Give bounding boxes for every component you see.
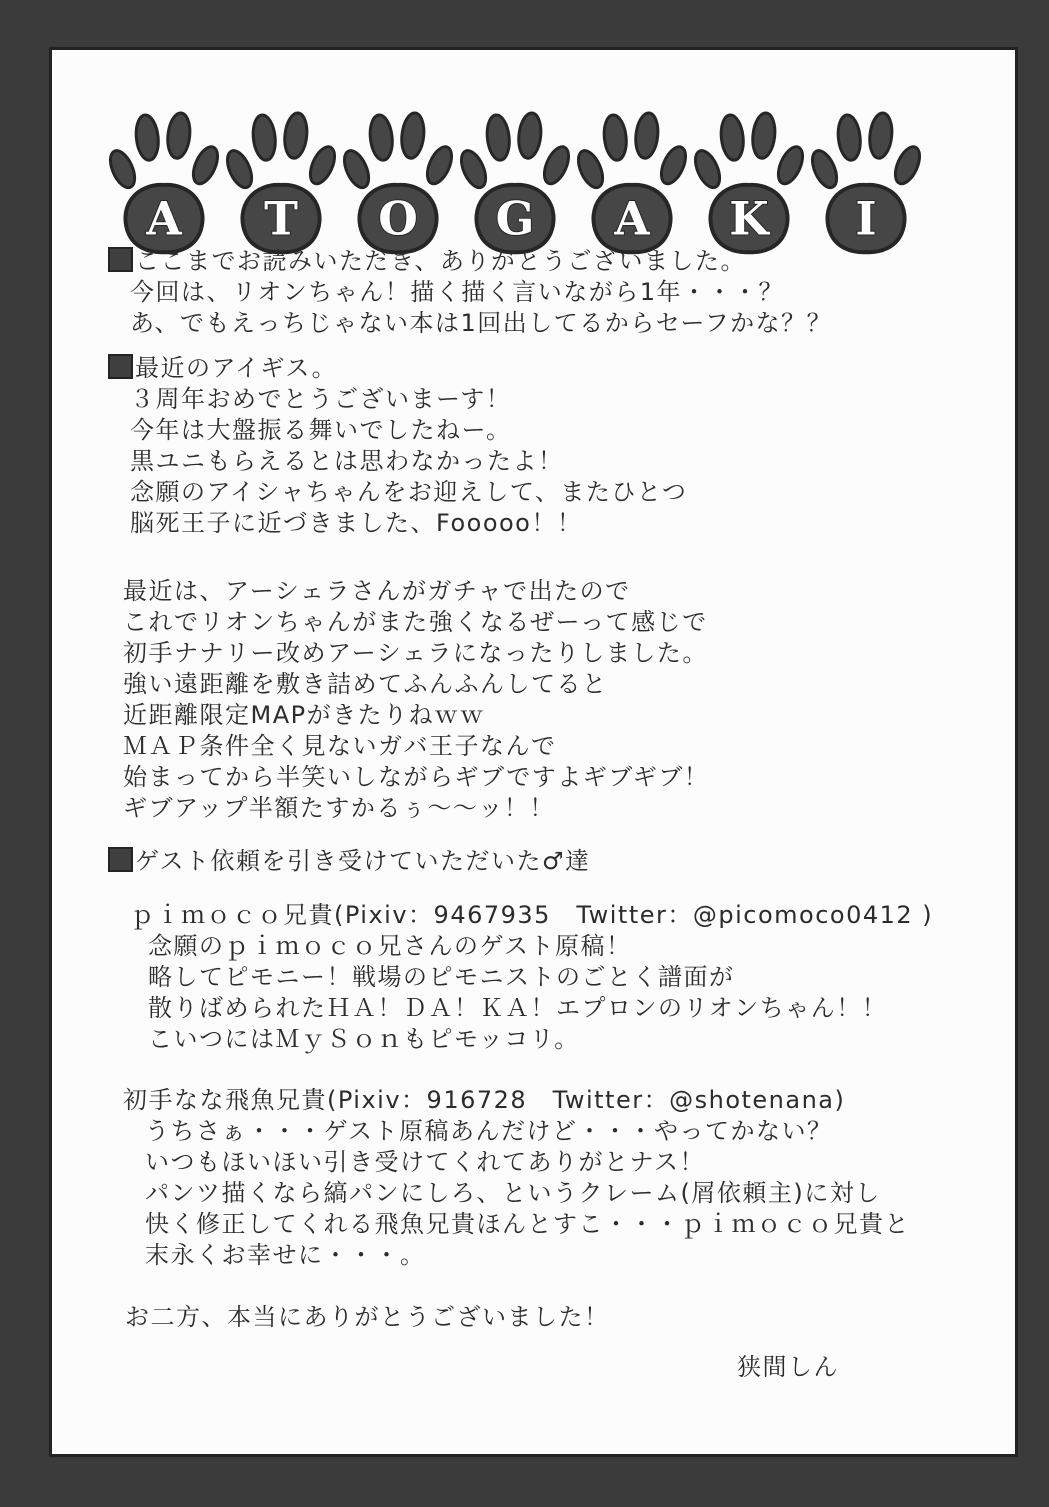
text-line: ギブアップ半額たすかるぅ～～ッ！！ xyxy=(123,793,709,824)
text-line: 今年は大盤振る舞いでしたねー。 xyxy=(130,415,687,446)
text-line: 近距離限定MAPがきたりねｗｗ xyxy=(123,700,709,731)
paw-letter: O xyxy=(378,191,418,245)
section-marker-square xyxy=(108,247,133,272)
text-line: 始まってから半笑いしながらギブですよギブギブ！ xyxy=(123,762,709,793)
paw-print-letter-a: A xyxy=(108,104,221,260)
section-guest-pimoco: ｐｉｍｏｃｏ兄貴(Pixiv：9467935 Twitter：@picomoco… xyxy=(130,900,933,1055)
text-line: うちさぁ・・・ゲスト原稿あんだけど・・・やってかない？ xyxy=(145,1116,910,1147)
text-line: これでリオンちゃんがまた強くなるぜーって感じで xyxy=(123,607,709,638)
paw-letter: I xyxy=(855,191,876,245)
paw-letter: G xyxy=(496,191,535,245)
scanned-afterword-page: { "page": { "colors": { "border": "#3b3b… xyxy=(0,0,1049,1507)
guest-name-line: 初手なな飛魚兄貴(Pixiv：916728 Twitter：@shotenana… xyxy=(123,1085,910,1116)
paw-print-letter-o: O xyxy=(342,104,455,260)
text-line: いつもほいほい引き受けてくれてありがとナス！ xyxy=(145,1147,910,1178)
text-line: 最近は、アーシェラさんがガチャで出たので xyxy=(123,576,709,607)
author-signature: 狭間しん xyxy=(737,1352,839,1383)
text-line-content: 最近のアイギス。 xyxy=(135,354,337,382)
text-line: 念願のアイシャちゃんをお迎えして、またひとつ xyxy=(130,477,687,508)
section-guest-tobiuo: 初手なな飛魚兄貴(Pixiv：916728 Twitter：@shotenana… xyxy=(123,1085,910,1271)
atogaki-title: A T O G xyxy=(108,104,923,260)
paw-letter: K xyxy=(729,191,770,245)
text-line: お二方、本当にありがとうございました！ xyxy=(125,1302,610,1333)
paw-print-letter-a2: A xyxy=(576,104,689,260)
section-thanks-intro: ここまでお読みいただき、ありがとうございました。 今回は、リオンちゃん！描く描く… xyxy=(108,246,832,339)
section-marker-square xyxy=(108,847,133,872)
section-closing: お二方、本当にありがとうございました！ xyxy=(125,1302,610,1333)
text-line-content: ここまでお読みいただき、ありがとうございました。 xyxy=(135,247,746,275)
paw-print-letter-k: K xyxy=(693,104,806,260)
paw-letter: A xyxy=(145,191,182,245)
paw-letter: T xyxy=(264,191,298,245)
text-line: ゲスト依頼を引き受けていただいた♂達 xyxy=(108,846,591,877)
text-line: 脳死王子に近づきました、Fooooo！！ xyxy=(130,508,687,539)
text-line: 末永くお幸せに・・・。 xyxy=(145,1240,910,1271)
text-line: 快く修正してくれる飛魚兄貴ほんとすこ・・・ｐｉｍｏｃｏ兄貴と xyxy=(145,1209,910,1240)
guest-name-line: ｐｉｍｏｃｏ兄貴(Pixiv：9467935 Twitter：@picomoco… xyxy=(130,900,933,931)
text-line: パンツ描くなら縞パンにしろ、というクレーム(屑依頼主)に対し xyxy=(145,1178,910,1209)
paw-letter: A xyxy=(613,191,650,245)
section-aigis-story: 最近は、アーシェラさんがガチャで出たので これでリオンちゃんがまた強くなるぜーっ… xyxy=(123,576,709,824)
section-aigis-recent: 最近のアイギス。 ３周年おめでとうございまーす！ 今年は大盤振る舞いでしたねー。… xyxy=(108,353,687,539)
text-line: 念願のｐｉｍｏｃｏ兄さんのゲスト原稿！ xyxy=(148,931,933,962)
text-line-content: ゲスト依頼を引き受けていただいた♂達 xyxy=(135,847,591,875)
signature-text: 狭間しん xyxy=(737,1352,839,1383)
paw-print-letter-g: G xyxy=(459,104,572,260)
section-marker-square xyxy=(108,354,133,379)
text-line: こいつにはＭｙＳｏｎもピモッコリ。 xyxy=(148,1024,933,1055)
text-line: 散りばめられたＨＡ！ＤＡ！ＫＡ！エプロンのリオンちゃん！！ xyxy=(148,993,933,1024)
text-line: あ、でもえっちじゃない本は1回出してるからセーフかな？？ xyxy=(130,308,832,339)
text-line: 略してピモニー！戦場のピモニストのごとく譜面が xyxy=(148,962,933,993)
paw-print-letter-i: I xyxy=(810,104,923,260)
text-line: 強い遠距離を敷き詰めてふんふんしてると xyxy=(123,669,709,700)
paw-print-letter-t: T xyxy=(225,104,338,260)
text-line: ここまでお読みいただき、ありがとうございました。 xyxy=(108,246,832,277)
section-guest-heading: ゲスト依頼を引き受けていただいた♂達 xyxy=(108,846,591,877)
text-line: 今回は、リオンちゃん！描く描く言いながら1年・・・？ xyxy=(130,277,832,308)
paper-page: A T O G xyxy=(52,50,1015,1454)
text-line: 最近のアイギス。 xyxy=(108,353,687,384)
text-line: 初手ナナリー改めアーシェラになったりしました。 xyxy=(123,638,709,669)
text-line: ３周年おめでとうございまーす！ xyxy=(130,384,687,415)
text-line: 黒ユニもらえるとは思わなかったよ！ xyxy=(130,446,687,477)
text-line: ＭＡＰ条件全く見ないガバ王子なんで xyxy=(123,731,709,762)
